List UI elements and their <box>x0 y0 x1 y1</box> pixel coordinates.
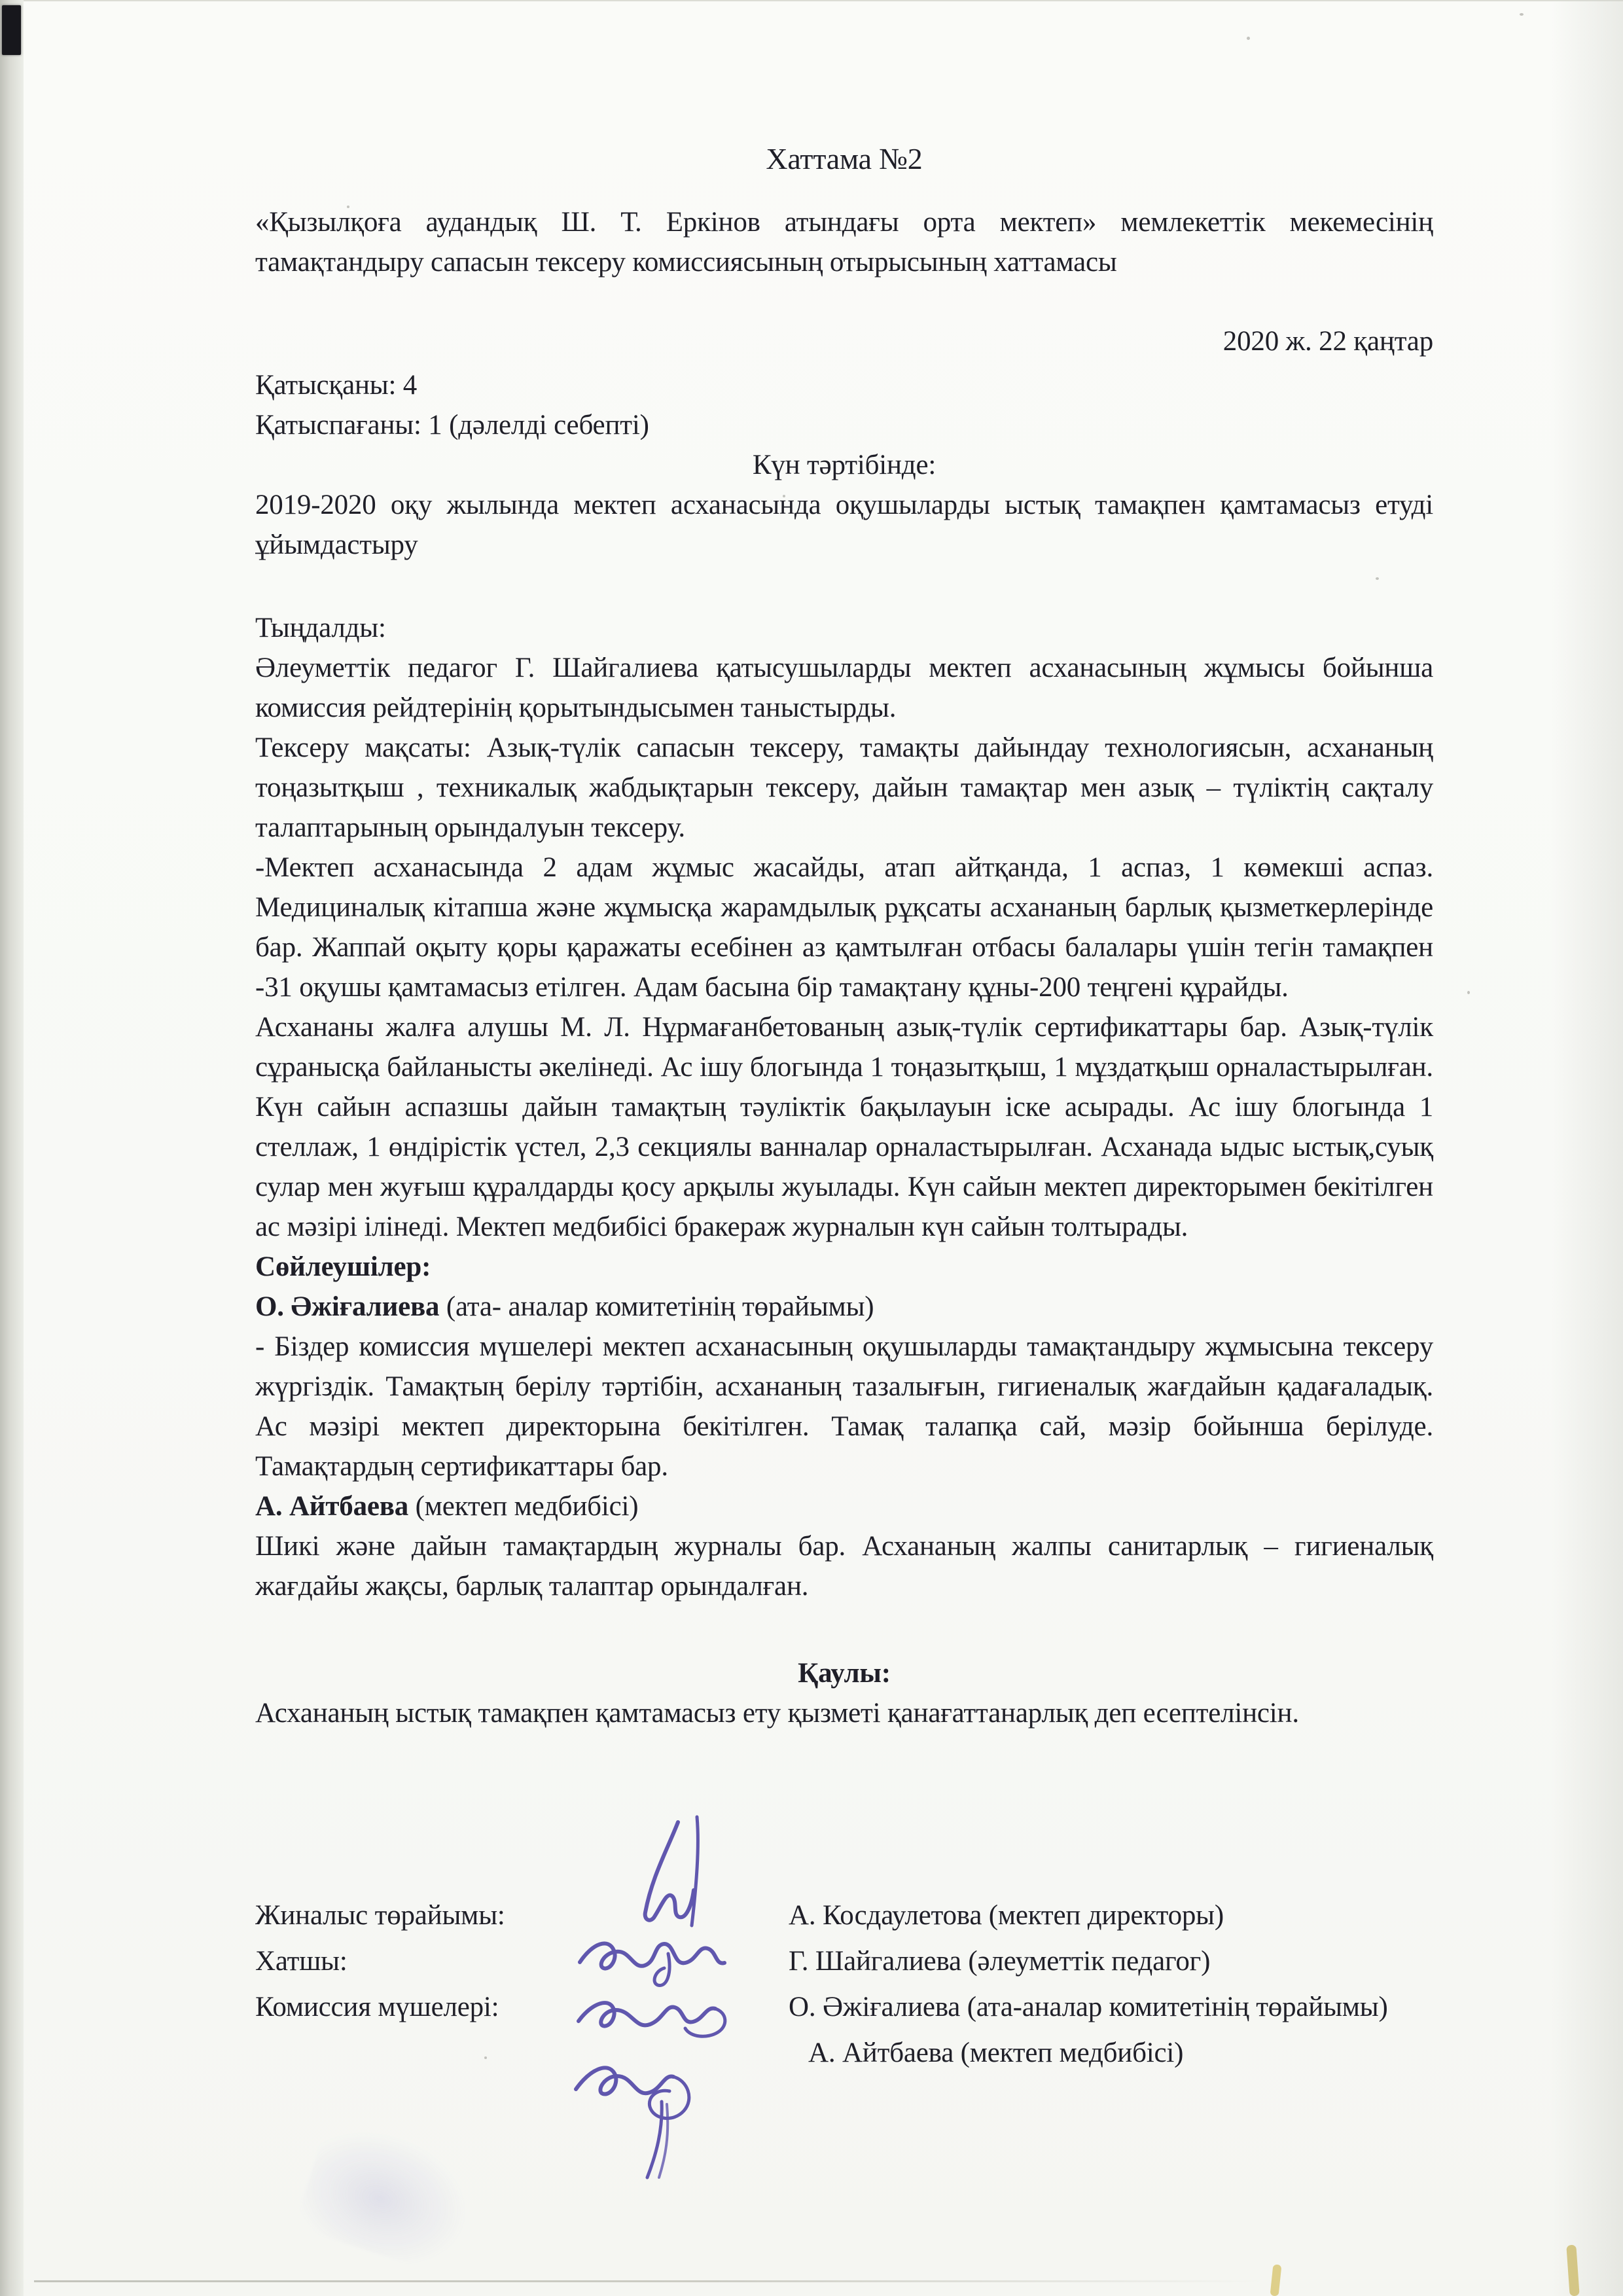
speaker-1-statement: - Біздер комиссия мүшелері мектеп асхана… <box>255 1327 1433 1486</box>
heard-paragraph-1: Әлеуметтік педагог Г. Шайгалиева қатысуш… <box>255 648 1433 728</box>
scanned-protocol-document: { "page": { "title": "Хаттама №2", "date… <box>0 0 1623 2296</box>
signatory-name: А. Косдаулетова (мектеп директоры) <box>789 1895 1433 1935</box>
scan-corner-mark <box>2 5 21 55</box>
attended-line: Қатысқаны: 4 <box>255 365 1433 405</box>
dust-speck <box>1520 13 1524 16</box>
heard-paragraph-4: Асхананы жалға алушы М. Л. Нұрмағанбетов… <box>255 1007 1433 1247</box>
signature-block: Жиналыс төрайымы: А. Косдаулетова (мекте… <box>255 1895 1433 2079</box>
document-body: Хаттама №2 «Қызылқоға аудандық Ш. Т. Ерк… <box>255 131 1433 1733</box>
dust-speck <box>1467 991 1470 994</box>
heard-paragraph-2: Тексеру мақсаты: Азық-түлік сапасын текс… <box>255 728 1433 848</box>
speaker-1-role: (ата- аналар комитетінің төрайымы) <box>439 1291 874 1322</box>
speaker-2-role: (мектеп медбибісі) <box>408 1491 638 1522</box>
signature-row: Жиналыс төрайымы: А. Косдаулетова (мекте… <box>255 1895 1433 1941</box>
handwritten-signatures <box>569 1813 792 2193</box>
speakers-heading: Сөйлеушілер: <box>255 1247 1433 1287</box>
signatory-name: А. Айтбаева (мектеп медбибісі) <box>789 2033 1433 2073</box>
speaker-1-name: О. Әжіғалиева <box>255 1291 439 1322</box>
agenda-heading: Күн тәртібінде: <box>255 445 1433 485</box>
document-date: 2020 ж. 22 қаңтар <box>255 321 1433 361</box>
speaker-1-line: О. Әжіғалиева (ата- аналар комитетінің т… <box>255 1287 1433 1327</box>
scanner-edge-strip <box>0 0 24 2296</box>
signatory-name: О. Әжіғалиева (ата-аналар комитетінің тө… <box>789 1987 1433 2027</box>
organization-paragraph: «Қызылқоға аудандық Ш. Т. Еркінов атында… <box>255 202 1433 282</box>
signature-role-label: Жиналыс төрайымы: <box>255 1895 622 1935</box>
signature-row: А. Айтбаева (мектеп медбибісі) <box>255 2033 1433 2079</box>
speaker-2-line: А. Айтбаева (мектеп медбибісі) <box>255 1486 1433 1526</box>
resolution-text: Асхананың ыстық тамақпен қамтамасыз ету … <box>255 1693 1433 1733</box>
agenda-text: 2019-2020 оқу жылында мектеп асханасында… <box>255 485 1433 565</box>
scan-bottom-edge-line <box>34 2280 1264 2282</box>
speaker-2-statement: Шикі және дайын тамақтардың журналы бар.… <box>255 1526 1433 1606</box>
signature-role-label: Комиссия мүшелері: <box>255 1987 622 2027</box>
heard-heading: Тыңдалды: <box>255 608 1433 648</box>
page-right-shade <box>1551 0 1623 2296</box>
absent-line: Қатыспағаны: 1 (дәлелді себепті) <box>255 405 1433 445</box>
signature-row: Комиссия мүшелері: О. Әжіғалиева (ата-ан… <box>255 1987 1433 2033</box>
resolution-heading: Қаулы: <box>255 1653 1433 1693</box>
signatory-name: Г. Шайгалиева (әлеуметтік педагог) <box>789 1941 1433 1981</box>
scan-top-edge-line <box>24 0 1623 1</box>
document-title: Хаттама №2 <box>255 139 1433 179</box>
signature-role-label: Хатшы: <box>255 1941 622 1981</box>
signature-row: Хатшы: Г. Шайгалиева (әлеуметтік педагог… <box>255 1941 1433 1987</box>
heard-paragraph-3: -Мектеп асханасында 2 адам жұмыс жасайды… <box>255 848 1433 1007</box>
dust-speck <box>1247 37 1250 40</box>
speaker-2-name: А. Айтбаева <box>255 1491 408 1522</box>
